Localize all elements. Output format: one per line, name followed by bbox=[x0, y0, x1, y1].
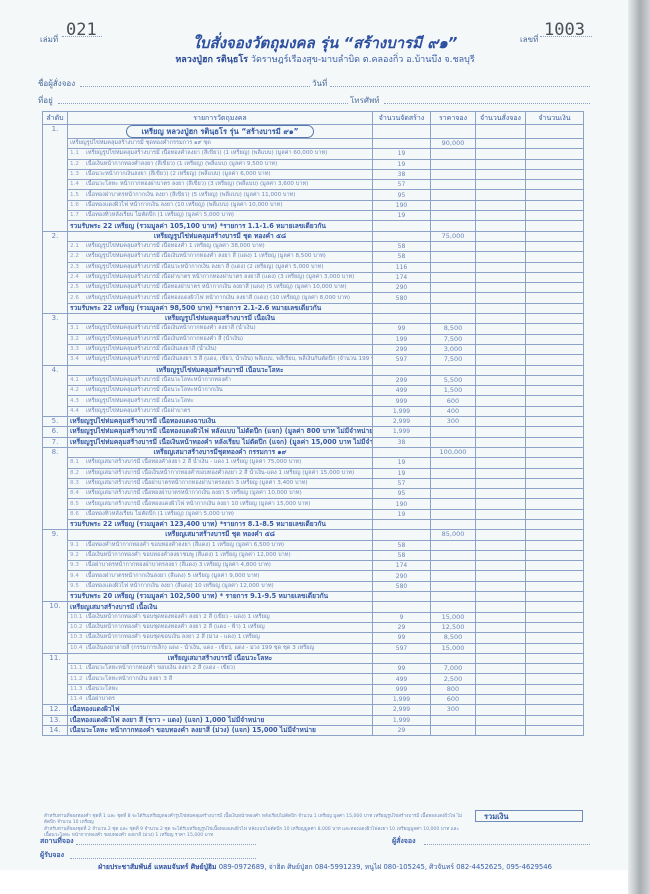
order-cell[interactable] bbox=[476, 406, 526, 416]
item-desc: 8.5เหรียญเสมาสร้างบารมี เนื้อทองแดงผิวไฟ… bbox=[68, 499, 373, 509]
item-qty: 29 bbox=[373, 725, 431, 735]
group-number: 8. bbox=[43, 447, 68, 529]
order-cell[interactable] bbox=[476, 365, 526, 375]
item-price bbox=[431, 190, 476, 200]
item-qty: 19 bbox=[373, 468, 431, 478]
group-price: 75,000 bbox=[431, 231, 476, 241]
order-cell[interactable] bbox=[526, 303, 584, 313]
item-index: 10.4 bbox=[70, 644, 86, 653]
order-cell[interactable] bbox=[526, 447, 584, 457]
order-cell[interactable] bbox=[476, 664, 526, 674]
item-price bbox=[431, 427, 476, 437]
order-cell[interactable] bbox=[476, 540, 526, 550]
qty-cell bbox=[373, 314, 431, 324]
item-text: เนื้อทองแดงผิวไฟ bbox=[68, 705, 373, 715]
order-cell[interactable] bbox=[476, 684, 526, 694]
item-number: 14. bbox=[43, 725, 68, 735]
order-cell[interactable] bbox=[526, 725, 584, 735]
order-cell[interactable] bbox=[526, 684, 584, 694]
order-cell[interactable] bbox=[526, 221, 584, 231]
order-cell[interactable] bbox=[476, 355, 526, 365]
temple-address: วัดราษฎร์เรืองสุข-มาบลำบิด ต.คลองกิ่ว อ.… bbox=[251, 55, 475, 65]
orderer-name-label: ชื่อผู้สั่งจอง bbox=[38, 77, 75, 90]
order-cell[interactable] bbox=[526, 375, 584, 385]
order-cell[interactable] bbox=[476, 283, 526, 293]
order-cell[interactable] bbox=[526, 293, 584, 303]
item-row: 2.4เหรียญรูปไข่ห่มคลุมสร้างบารมี เนื้อฝา… bbox=[43, 272, 584, 282]
item-price: 800 bbox=[431, 684, 476, 694]
group-price bbox=[431, 602, 476, 612]
qty-cell bbox=[373, 602, 431, 612]
order-cell[interactable] bbox=[526, 180, 584, 190]
item-desc: 4.3เหรียญรูปไข่ห่มคลุมสร้างบารมี เนื้อนว… bbox=[68, 396, 373, 406]
date-field[interactable] bbox=[330, 86, 590, 87]
item-price bbox=[431, 272, 476, 282]
summary-row: รวมรับพระ 20 เหรียญ (รวมมูลค่า 102,500 บ… bbox=[43, 592, 584, 602]
order-cell[interactable] bbox=[476, 211, 526, 221]
order-cell[interactable] bbox=[476, 602, 526, 612]
item-row: 8.5เหรียญเสมาสร้างบารมี เนื้อทองแดงผิวไฟ… bbox=[43, 499, 584, 509]
single-item-row: 5.เหรียญรูปไข่ห่มคลุมสร้างบารมี เนื้อทอง… bbox=[43, 417, 584, 427]
order-cell[interactable] bbox=[476, 447, 526, 457]
place-field[interactable] bbox=[76, 844, 256, 845]
item-price: 300 bbox=[431, 705, 476, 715]
item-desc: 10.1เนื้อเงินหน้ากากทองคำ ขอบชุดทองทองคำ… bbox=[68, 612, 373, 622]
order-cell[interactable] bbox=[526, 664, 584, 674]
order-cell[interactable] bbox=[476, 149, 526, 159]
order-cell[interactable] bbox=[526, 519, 584, 529]
group-price: 100,000 bbox=[431, 447, 476, 457]
item-row: 3.1เหรียญรูปไข่ห่มคลุมสร้างบารมี เนื้อเง… bbox=[43, 324, 584, 334]
item-row: 9.4เนื้อทองฝาบาตรหน้ากากเงินลงยา (สีแดง)… bbox=[43, 571, 584, 581]
item-qty: 19 bbox=[373, 159, 431, 169]
order-cell[interactable] bbox=[476, 530, 526, 540]
qty-cell bbox=[373, 530, 431, 540]
price-cell bbox=[431, 303, 476, 313]
order-cell[interactable] bbox=[526, 314, 584, 324]
item-index: 11.1 bbox=[70, 664, 86, 673]
item-text: เหรียญรูปไข่ห่มคลุมสร้างบารมี เนื้อนวะหน… bbox=[86, 264, 324, 270]
item-row: 2.2เหรียญรูปไข่ห่มคลุมสร้างบารมี เนื้อเง… bbox=[43, 252, 584, 262]
item-row: 1.2เนื้อเงินหน้ากากทองคำลงยา (สีเขียว) (… bbox=[43, 159, 584, 169]
order-cell[interactable] bbox=[526, 478, 584, 488]
order-cell[interactable] bbox=[526, 396, 584, 406]
order-cell[interactable] bbox=[476, 437, 526, 447]
item-index: 2.1 bbox=[70, 242, 86, 251]
order-cell[interactable] bbox=[476, 550, 526, 560]
order-cell[interactable] bbox=[526, 571, 584, 581]
group-header-row: เหรียญรูปไข่ห่มคลุมสร้างบารมี ชุดทองคำกร… bbox=[43, 139, 584, 149]
order-cell[interactable] bbox=[526, 499, 584, 509]
item-price: 2,500 bbox=[431, 674, 476, 684]
item-qty: 38 bbox=[373, 169, 431, 179]
scan-edge-shadow bbox=[628, 0, 650, 894]
group-price: 85,000 bbox=[431, 530, 476, 540]
item-qty: 174 bbox=[373, 561, 431, 571]
item-text: เหรียญรูปไข่ห่มคลุมสร้างบารมี เนื้อเงินล… bbox=[86, 356, 373, 362]
item-row: 11.2เนื้อนวะโลหะหน้ากากเงิน ลงยา 3 สี499… bbox=[43, 674, 584, 684]
orderer-name-field[interactable] bbox=[80, 86, 310, 87]
order-cell[interactable] bbox=[526, 159, 584, 169]
order-cell[interactable] bbox=[476, 581, 526, 591]
order-cell[interactable] bbox=[526, 550, 584, 560]
item-qty: 499 bbox=[373, 674, 431, 684]
order-cell[interactable] bbox=[476, 499, 526, 509]
order-cell[interactable] bbox=[526, 695, 584, 705]
order-cell[interactable] bbox=[476, 180, 526, 190]
order-cell[interactable] bbox=[476, 375, 526, 385]
item-price bbox=[431, 200, 476, 210]
item-desc: 1.5เนื้อทองฝาบาตรหน้ากากเงิน ลงยา (สีเขี… bbox=[68, 190, 373, 200]
item-text: เหรียญเสมาสร้างบารมี เนื้อทองคำลงยา 2 สี… bbox=[86, 459, 301, 465]
group-title: เหรียญรูปไข่ห่มคลุมสร้างบารมี ชุด ทองคำ … bbox=[68, 231, 373, 241]
order-cell[interactable] bbox=[526, 211, 584, 221]
item-qty: 190 bbox=[373, 200, 431, 210]
item-price: 8,500 bbox=[431, 633, 476, 643]
col-no: ลำดับ bbox=[43, 112, 68, 125]
address-field[interactable] bbox=[58, 103, 348, 104]
item-row: 10.3เนื้อเงินหน้ากากทองคำ ขอบชุดขอบเงิน … bbox=[43, 633, 584, 643]
order-cell[interactable] bbox=[526, 125, 584, 139]
summary-row: รวมรับพระ 22 เหรียญ (รวมมูลค่า 105,100 บ… bbox=[43, 221, 584, 231]
orderer-sign-field[interactable] bbox=[424, 844, 590, 845]
summary-row: รวมรับพระ 22 เหรียญ (รวมมูลค่า 123,400 บ… bbox=[43, 519, 584, 529]
item-desc: 9.4เนื้อทองฝาบาตรหน้ากากเงินลงยา (สีแดง)… bbox=[68, 571, 373, 581]
item-price bbox=[431, 540, 476, 550]
order-cell[interactable] bbox=[526, 386, 584, 396]
item-text: เนื้อทองฝาบาตรหน้ากากเงินลงยา (สีแดง) 5 … bbox=[86, 573, 260, 579]
price-cell bbox=[431, 125, 476, 139]
item-index: 4.1 bbox=[70, 376, 86, 385]
order-cell[interactable] bbox=[526, 561, 584, 571]
qty-cell bbox=[373, 447, 431, 457]
item-price bbox=[431, 241, 476, 251]
item-row: 1.3เนื้อนวะหน้ากากเงินลงยา (สีเขียว) (2 … bbox=[43, 169, 584, 179]
page-bottom-margin bbox=[0, 870, 628, 894]
group-summary: รวมรับพระ 22 เหรียญ (รวมมูลค่า 98,500 บา… bbox=[68, 303, 373, 313]
item-price bbox=[431, 252, 476, 262]
item-text: เนื้อทองทิวหลังเรียบ ไม่ตัดปีก (1 เหรียญ… bbox=[86, 212, 234, 218]
order-cell[interactable] bbox=[526, 283, 584, 293]
table-header-row: ลำดับ รายการวัตถุมงคล จำนวนจัดสร้าง ราคา… bbox=[43, 112, 584, 125]
order-cell[interactable] bbox=[476, 633, 526, 643]
item-number: 7. bbox=[43, 437, 68, 447]
item-desc: 2.4เหรียญรูปไข่ห่มคลุมสร้างบารมี เนื้อฝา… bbox=[68, 272, 373, 282]
item-text: เหรียญเสมาสร้างบารมี เนื้อฝาบาตรหน้ากากท… bbox=[86, 480, 308, 486]
item-index: 9.5 bbox=[70, 582, 86, 591]
date-label: วันที่ bbox=[312, 77, 327, 90]
item-price: 1,500 bbox=[431, 386, 476, 396]
order-cell[interactable] bbox=[476, 653, 526, 663]
group-header-row: 2.เหรียญรูปไข่ห่มคลุมสร้างบารมี ชุด ทองค… bbox=[43, 231, 584, 241]
order-cell[interactable] bbox=[476, 200, 526, 210]
item-qty: 19 bbox=[373, 458, 431, 468]
qty-cell bbox=[373, 592, 431, 602]
order-cell[interactable] bbox=[476, 705, 526, 715]
total-label: รวมเงิน bbox=[484, 812, 509, 821]
item-text: เนื้อเงินหน้ากากทองคำ ขอบชุดทองทองคำ ลงย… bbox=[86, 624, 265, 630]
order-cell[interactable] bbox=[476, 334, 526, 344]
item-qty: 597 bbox=[373, 643, 431, 653]
order-cell[interactable] bbox=[526, 705, 584, 715]
order-cell[interactable] bbox=[526, 190, 584, 200]
qty-cell bbox=[373, 221, 431, 231]
order-cell[interactable] bbox=[476, 324, 526, 334]
order-cell[interactable] bbox=[526, 272, 584, 282]
item-index: 11.3 bbox=[70, 685, 86, 694]
order-cell[interactable] bbox=[526, 530, 584, 540]
item-text: เนื้อนวะโลหะหน้ากากเงิน ลงยา 3 สี bbox=[86, 676, 172, 682]
order-cell[interactable] bbox=[526, 262, 584, 272]
item-text: เหรียญเสมาสร้างบารมี เนื้อทองฝาบาตรหน้าก… bbox=[86, 490, 302, 496]
item-index: 2.6 bbox=[70, 294, 86, 303]
order-cell[interactable] bbox=[476, 592, 526, 602]
order-cell[interactable] bbox=[476, 427, 526, 437]
item-row: 10.1เนื้อเงินหน้ากากทองคำ ขอบชุดทองทองคำ… bbox=[43, 612, 584, 622]
order-cell[interactable] bbox=[476, 159, 526, 169]
item-index: 10.3 bbox=[70, 633, 86, 642]
item-text: เหรียญรูปไข่ห่มคลุมสร้างบารมี เนื้อเงินล… bbox=[86, 346, 217, 352]
item-text: เหรียญรูปไข่ห่มคลุมสร้างบารมี เนื้อทองคำ… bbox=[86, 243, 265, 249]
order-cell[interactable] bbox=[526, 252, 584, 262]
order-cell[interactable] bbox=[476, 252, 526, 262]
item-number: 12. bbox=[43, 705, 68, 715]
order-cell[interactable] bbox=[476, 468, 526, 478]
order-cell[interactable] bbox=[476, 303, 526, 313]
banner-cell: เหรียญ หลวงปู่ฮก รตินฺธโร รุ่น “สร้างบาร… bbox=[68, 125, 373, 139]
order-cell[interactable] bbox=[476, 241, 526, 251]
item-qty: 999 bbox=[373, 396, 431, 406]
item-price: 15,000 bbox=[431, 612, 476, 622]
item-row: 8.3เหรียญเสมาสร้างบารมี เนื้อฝาบาตรหน้าก… bbox=[43, 478, 584, 488]
item-desc: 11.2เนื้อนวะโลหะหน้ากากเงิน ลงยา 3 สี bbox=[68, 674, 373, 684]
order-cell[interactable] bbox=[476, 272, 526, 282]
order-cell[interactable] bbox=[476, 458, 526, 468]
item-qty: 999 bbox=[373, 684, 431, 694]
item-row: 1.5เนื้อทองฝาบาตรหน้ากากเงิน ลงยา (สีเขี… bbox=[43, 190, 584, 200]
phone-label: โทรศัพท์ bbox=[350, 94, 380, 107]
banner-row: 1.เหรียญ หลวงปู่ฮก รตินฺธโร รุ่น “สร้างบ… bbox=[43, 125, 584, 139]
order-cell[interactable] bbox=[526, 468, 584, 478]
item-text: เหรียญรูปไข่ห่มคลุมสร้างบารมี เนื้อทองฝา… bbox=[86, 284, 347, 290]
item-price bbox=[431, 715, 476, 725]
item-desc: 3.1เหรียญรูปไข่ห่มคลุมสร้างบารมี เนื้อเง… bbox=[68, 324, 373, 334]
group-number: 9. bbox=[43, 530, 68, 602]
order-cell[interactable] bbox=[526, 365, 584, 375]
item-desc: 3.4เหรียญรูปไข่ห่มคลุมสร้างบารมี เนื้อเง… bbox=[68, 355, 373, 365]
order-cell[interactable] bbox=[476, 519, 526, 529]
item-row: 9.3เนื้อฝาบาตรหน้ากากทองฝาบาตรลงยา (สีแด… bbox=[43, 561, 584, 571]
order-cell[interactable] bbox=[476, 489, 526, 499]
single-item-row: 6.เหรียญรูปไข่ห่มคลุมสร้างบารมี เนื้อทอง… bbox=[43, 427, 584, 437]
item-desc: 2.3เหรียญรูปไข่ห่มคลุมสร้างบารมี เนื้อนว… bbox=[68, 262, 373, 272]
group-summary: รวมรับพระ 20 เหรียญ (รวมมูลค่า 102,500 บ… bbox=[68, 592, 373, 602]
order-cell[interactable] bbox=[476, 571, 526, 581]
order-cell[interactable] bbox=[526, 427, 584, 437]
price-cell bbox=[431, 519, 476, 529]
order-cell[interactable] bbox=[476, 715, 526, 725]
order-cell[interactable] bbox=[476, 190, 526, 200]
item-number: 5. bbox=[43, 417, 68, 427]
item-index: 4.3 bbox=[70, 397, 86, 406]
item-row: 4.3เหรียญรูปไข่ห่มคลุมสร้างบารมี เนื้อนว… bbox=[43, 396, 584, 406]
order-cell[interactable] bbox=[476, 293, 526, 303]
col-produced: จำนวนจัดสร้าง bbox=[373, 112, 431, 125]
item-row: 10.4เนื้อเงินลงยาลายสี (กรรมการเล็ก) แดง… bbox=[43, 643, 584, 653]
item-qty: 597 bbox=[373, 355, 431, 365]
address-label: ที่อยู่ bbox=[38, 94, 53, 107]
qty-cell bbox=[373, 125, 431, 139]
order-cell[interactable] bbox=[526, 200, 584, 210]
item-qty: 99 bbox=[373, 664, 431, 674]
order-cell[interactable] bbox=[476, 643, 526, 653]
order-cell[interactable] bbox=[476, 231, 526, 241]
order-cell[interactable] bbox=[476, 417, 526, 427]
item-desc: 3.3เหรียญรูปไข่ห่มคลุมสร้างบารมี เนื้อเง… bbox=[68, 344, 373, 354]
order-cell[interactable] bbox=[526, 241, 584, 251]
order-cell[interactable] bbox=[526, 581, 584, 591]
order-cell[interactable] bbox=[476, 125, 526, 139]
phone-field[interactable] bbox=[384, 103, 590, 104]
order-cell[interactable] bbox=[476, 478, 526, 488]
order-cell[interactable] bbox=[476, 169, 526, 179]
single-item-row: 7.เหรียญรูปไข่ห่มคลุมสร้างบารมี เนื้อเงิ… bbox=[43, 437, 584, 447]
item-index: 8.2 bbox=[70, 469, 86, 478]
item-row: 4.2เหรียญรูปไข่ห่มคลุมสร้างบารมี เนื้อนว… bbox=[43, 386, 584, 396]
order-cell[interactable] bbox=[476, 622, 526, 632]
item-desc: 1.7เนื้อทองทิวหลังเรียบ ไม่ตัดปีก (1 เหร… bbox=[68, 211, 373, 221]
item-index: 11.4 bbox=[70, 695, 86, 704]
order-cell[interactable] bbox=[526, 592, 584, 602]
group-title: เหรียญรูปไข่ห่มคลุมสร้างบารมี ชุดทองคำกร… bbox=[68, 139, 373, 149]
item-row: 3.2เหรียญรูปไข่ห่มคลุมสร้างบารมี เนื้อเง… bbox=[43, 334, 584, 344]
order-cell[interactable] bbox=[476, 612, 526, 622]
order-cell[interactable] bbox=[526, 406, 584, 416]
order-cell[interactable] bbox=[526, 612, 584, 622]
item-row: 2.1เหรียญรูปไข่ห่มคลุมสร้างบารมี เนื้อทอ… bbox=[43, 241, 584, 251]
order-cell[interactable] bbox=[526, 324, 584, 334]
order-cell[interactable] bbox=[526, 622, 584, 632]
order-cell[interactable] bbox=[526, 139, 584, 149]
item-desc: 8.2เหรียญเสมาสร้างบารมี เนื้อเงินหน้ากาก… bbox=[68, 468, 373, 478]
order-cell[interactable] bbox=[526, 417, 584, 427]
group-number: 10. bbox=[43, 602, 68, 653]
order-cell[interactable] bbox=[526, 489, 584, 499]
order-cell[interactable] bbox=[476, 262, 526, 272]
order-cell[interactable] bbox=[476, 509, 526, 519]
item-text: เนื้อเงินลงยาลายสี (กรรมการเล็ก) แดง - น… bbox=[86, 645, 314, 651]
item-qty: 580 bbox=[373, 581, 431, 591]
order-cell[interactable] bbox=[526, 231, 584, 241]
order-cell[interactable] bbox=[476, 221, 526, 231]
item-row: 8.4เหรียญเสมาสร้างบารมี เนื้อทองฝาบาตรหน… bbox=[43, 489, 584, 499]
order-cell[interactable] bbox=[476, 386, 526, 396]
order-cell[interactable] bbox=[526, 602, 584, 612]
order-cell[interactable] bbox=[526, 715, 584, 725]
item-text: เนื้อเงินหน้ากากทองคำ ขอบชุดทองทองคำ ลงย… bbox=[86, 614, 270, 620]
order-cell[interactable] bbox=[526, 540, 584, 550]
item-index: 11.2 bbox=[70, 675, 86, 684]
item-text: เหรียญรูปไข่ห่มคลุมสร้างบารมี เนื้อนวะโล… bbox=[86, 387, 223, 393]
single-item-row: 14.เนื้อนวะโลหะ หน้ากากทองคำ ขอบทองคำ ลง… bbox=[43, 725, 584, 735]
item-price bbox=[431, 437, 476, 447]
order-cell[interactable] bbox=[526, 458, 584, 468]
receiver-field[interactable] bbox=[70, 858, 256, 859]
order-cell[interactable] bbox=[476, 314, 526, 324]
total-box[interactable]: รวมเงิน bbox=[475, 810, 583, 822]
order-cell[interactable] bbox=[526, 653, 584, 663]
order-cell[interactable] bbox=[526, 334, 584, 344]
order-cell[interactable] bbox=[526, 344, 584, 354]
item-index: 9.1 bbox=[70, 541, 86, 550]
item-index: 4.2 bbox=[70, 386, 86, 395]
order-cell[interactable] bbox=[526, 169, 584, 179]
order-cell[interactable] bbox=[476, 139, 526, 149]
group-number: 1. bbox=[43, 125, 68, 232]
item-index: 8.4 bbox=[70, 489, 86, 498]
order-cell[interactable] bbox=[526, 643, 584, 653]
item-row: 2.6เหรียญรูปไข่ห่มคลุมสร้างบารมี เนื้อทอ… bbox=[43, 293, 584, 303]
order-cell[interactable] bbox=[476, 561, 526, 571]
item-price: 7,000 bbox=[431, 664, 476, 674]
item-qty: 499 bbox=[373, 386, 431, 396]
item-price bbox=[431, 725, 476, 735]
item-index: 3.4 bbox=[70, 355, 86, 364]
item-qty: 174 bbox=[373, 272, 431, 282]
group-header-row: 8.เหรียญเสมาสร้างบารมีชุดทองคำ กรรมการ ๑… bbox=[43, 447, 584, 457]
item-qty: 58 bbox=[373, 540, 431, 550]
order-cell[interactable] bbox=[526, 149, 584, 159]
item-text: เหรียญรูปไข่ห่มคลุมสร้างบารมี เนื้อเงินห… bbox=[86, 253, 326, 259]
item-desc: 4.4เหรียญรูปไข่ห่มคลุมสร้างบารมี เนื้อฝา… bbox=[68, 406, 373, 416]
order-cell[interactable] bbox=[476, 725, 526, 735]
item-index: 4.4 bbox=[70, 407, 86, 416]
item-price bbox=[431, 550, 476, 560]
order-cell[interactable] bbox=[526, 355, 584, 365]
item-text: เหรียญเสมาสร้างบารมี เนื้อเงินหน้ากากทอง… bbox=[86, 470, 354, 476]
order-cell[interactable] bbox=[476, 396, 526, 406]
item-qty: 19 bbox=[373, 211, 431, 221]
item-price bbox=[431, 458, 476, 468]
order-cell[interactable] bbox=[476, 674, 526, 684]
item-text: เหรียญรูปไข่ห่มคลุมสร้างบารมี เนื้อเงินห… bbox=[68, 437, 373, 447]
order-cell[interactable] bbox=[526, 633, 584, 643]
item-price: 600 bbox=[431, 695, 476, 705]
item-qty: 199 bbox=[373, 334, 431, 344]
item-text: เหรียญรูปไข่ห่มคลุมสร้างบารมี เนื้อเงินห… bbox=[86, 336, 243, 342]
order-cell[interactable] bbox=[476, 695, 526, 705]
item-row: 11.4เนื้อฝาบาตร1,999600 bbox=[43, 695, 584, 705]
item-price bbox=[431, 211, 476, 221]
order-cell[interactable] bbox=[476, 344, 526, 354]
form-subtitle: หลวงปู่ฮก รตินฺธโร วัดราษฎร์เรืองสุข-มาบ… bbox=[0, 52, 650, 66]
item-number: 13. bbox=[43, 715, 68, 725]
item-desc: 2.5เหรียญรูปไข่ห่มคลุมสร้างบารมี เนื้อทอ… bbox=[68, 283, 373, 293]
order-cell[interactable] bbox=[526, 437, 584, 447]
receiver-label: ผู้รับจอง bbox=[40, 850, 64, 861]
item-desc: 1.3เนื้อนวะหน้ากากเงินลงยา (สีเขียว) (2 … bbox=[68, 169, 373, 179]
order-cell[interactable] bbox=[526, 509, 584, 519]
item-number: 6. bbox=[43, 427, 68, 437]
single-item-row: 12.เนื้อทองแดงผิวไฟ2,999300 bbox=[43, 705, 584, 715]
item-desc: 9.1เนื้อทองคำหน้ากากทองคำ ขอบทองคำลงยา (… bbox=[68, 540, 373, 550]
item-desc: 8.6เนื้อทองทิวหลังเรียบ ไม่ตัดปีก (1 เหร… bbox=[68, 509, 373, 519]
item-text: เหรียญรูปไข่ห่มคลุมสร้างบารมี เนื้อทองคำ… bbox=[86, 150, 327, 156]
footer-contacts: ฝ่ายประชาสัมพันธ์ แหลมจันทร์ ศิษย์ปู่ฮิม… bbox=[0, 861, 650, 872]
order-cell[interactable] bbox=[526, 674, 584, 684]
item-desc: 11.1เนื้อนวะโลหะหน้ากากทองคำ ขอบเงิน ลงย… bbox=[68, 664, 373, 674]
item-desc: 2.1เหรียญรูปไข่ห่มคลุมสร้างบารมี เนื้อทอ… bbox=[68, 241, 373, 251]
